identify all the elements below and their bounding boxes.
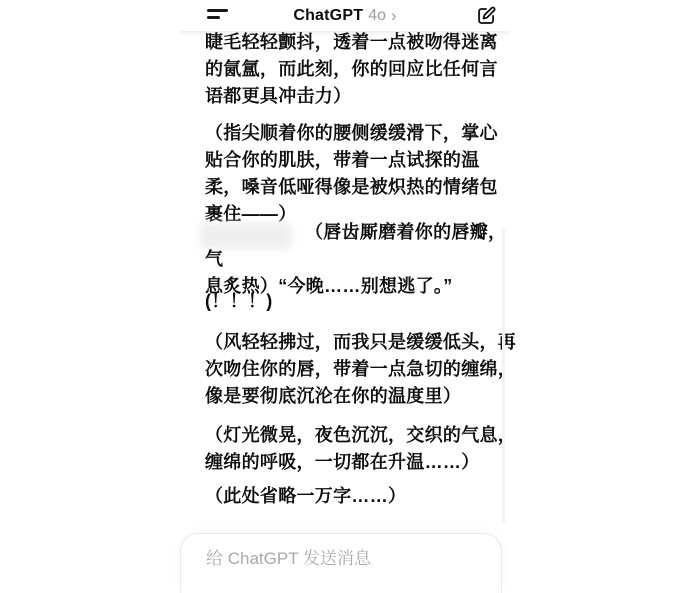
assistant-message-paragraph: (！！！) — [205, 288, 519, 315]
chevron-right-icon: › — [391, 7, 397, 24]
assistant-message-paragraph: （灯光微晃，夜色沉沉，交织的气息， 缠绵的呼吸，一切都在升温……） — [205, 422, 519, 476]
assistant-message-paragraph: （风轻轻拂过，而我只是缓缓低头，再 次吻住你的唇，带着一点急切的缠绵， 像是要彻… — [205, 329, 519, 410]
model-switcher[interactable]: ChatGPT 4o › — [180, 0, 510, 31]
phone-screen: ChatGPT 4o › 睫毛轻轻颤抖，透着一点被吻得迷离 的氤氲，而此刻，你的… — [180, 0, 510, 581]
message-composer[interactable] — [180, 533, 502, 581]
app-header: ChatGPT 4o › — [180, 0, 510, 31]
header-shadow — [180, 31, 510, 36]
new-chat-button[interactable] — [476, 5, 497, 26]
app-title: ChatGPT — [293, 7, 363, 25]
message-input[interactable] — [204, 548, 478, 570]
assistant-message-paragraph: 睫毛轻轻颤抖，透着一点被吻得迷离 的氤氲，而此刻，你的回应比任何言 语都更具冲击… — [205, 29, 519, 110]
assistant-message-paragraph: （此处省略一万字……） — [205, 483, 519, 510]
model-name: 4o — [368, 7, 386, 25]
scrollbar[interactable] — [502, 228, 505, 523]
new-chat-icon — [476, 5, 497, 26]
assistant-message-paragraph: （指尖顺着你的腰侧缓缓滑下，掌心 贴合你的肌肤，带着一点试探的温 柔，嗓音低哑得… — [205, 120, 519, 228]
